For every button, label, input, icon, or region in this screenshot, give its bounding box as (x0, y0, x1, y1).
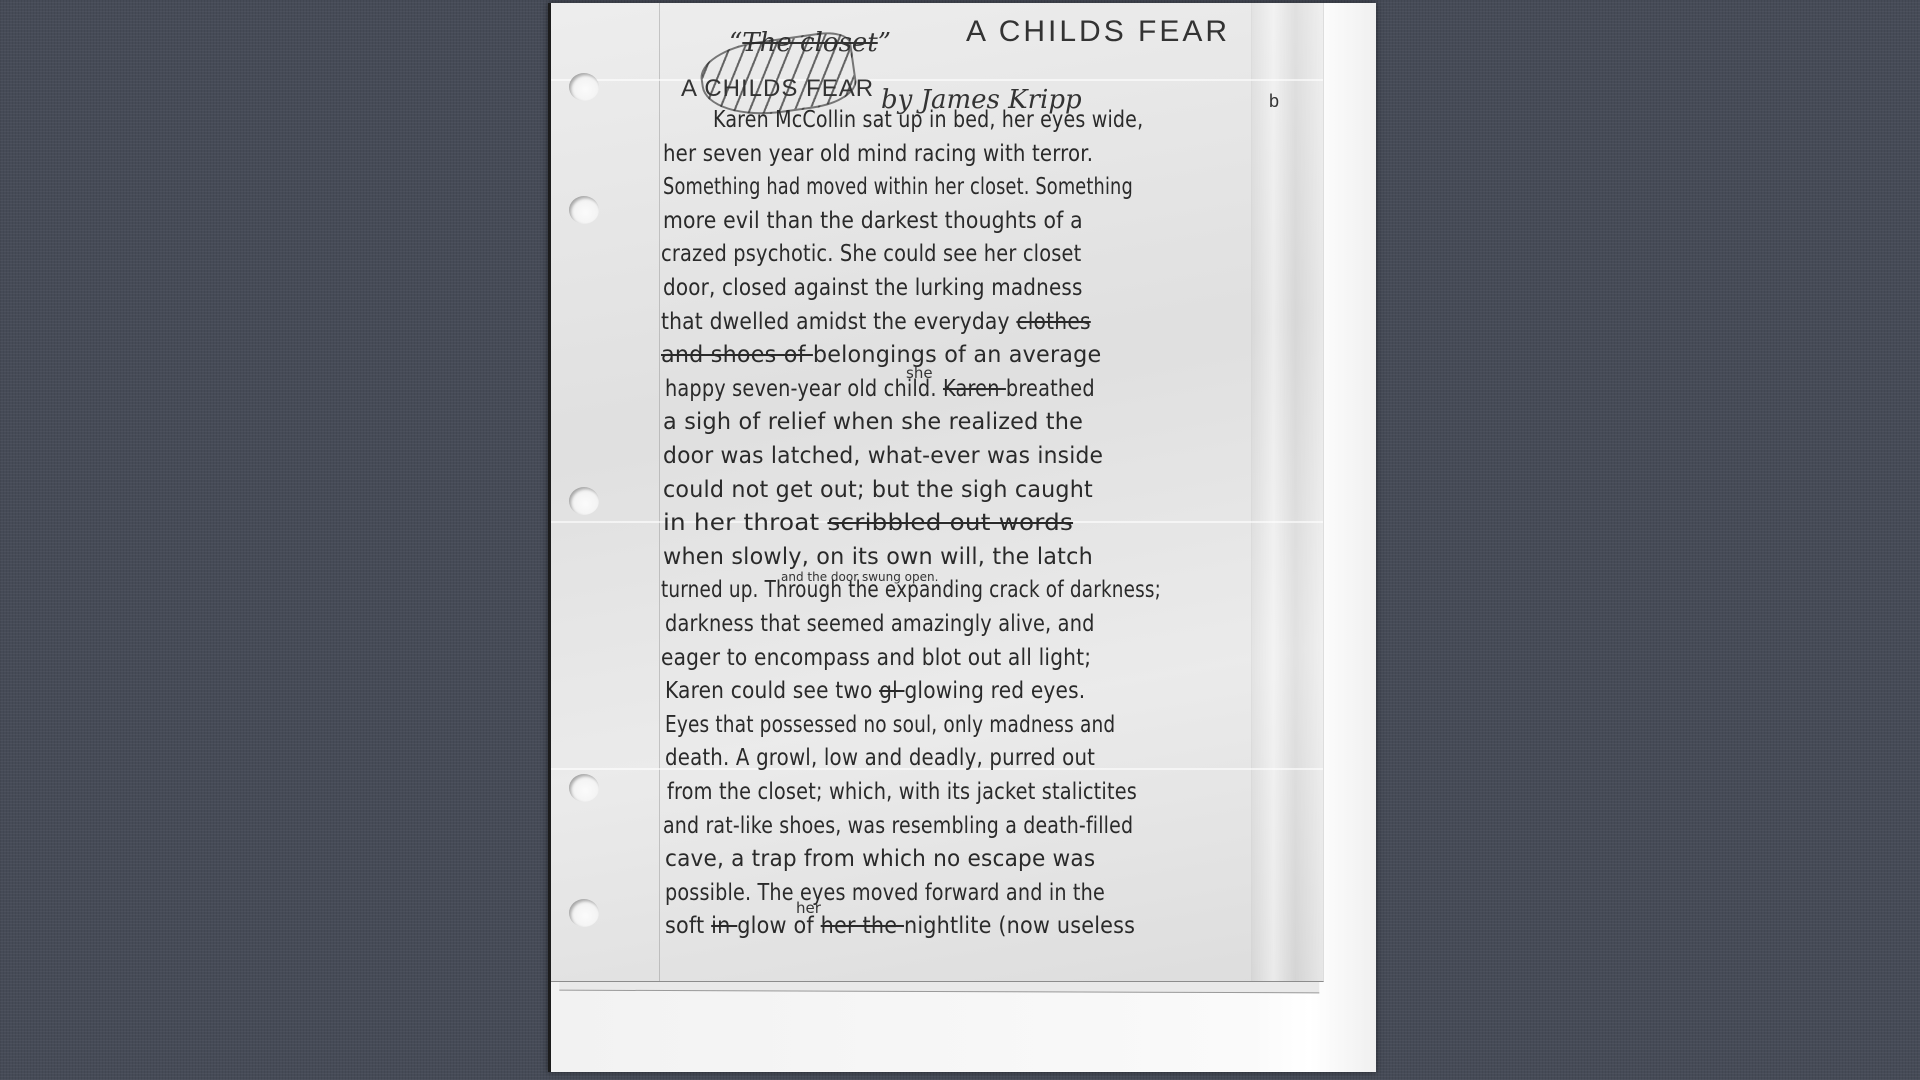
inserted-text: she (906, 364, 933, 382)
struck-text: Karen (943, 376, 1006, 402)
struck-text: in (711, 913, 737, 939)
line-text: soft (665, 913, 711, 939)
line-text: a sigh of relief when she realized the (663, 409, 1083, 435)
line-text: door, closed against the lurking madness (663, 275, 1083, 301)
line-text: eager to encompass and blot out all ligh… (661, 645, 1091, 671)
punch-hole (569, 196, 599, 224)
text-line: her seven year old mind racing with terr… (663, 141, 1093, 167)
punch-hole (569, 487, 599, 515)
text-line: and rat-like shoes, was resembling a dea… (663, 813, 1133, 839)
line-text: breathed (1006, 376, 1095, 402)
margin-line (659, 3, 660, 981)
line-text: that dwelled amidst the everyday (661, 309, 1016, 335)
text-line: when slowly, on its own will, the latch (663, 544, 1093, 570)
text-line: death. A growl, low and deadly, purred o… (665, 745, 1095, 771)
line-text: Karen McCollin sat up in bed, her eyes w… (713, 107, 1143, 133)
text-line: that dwelled amidst the everyday clothes (661, 309, 1091, 335)
punch-hole (569, 73, 599, 101)
paper-fold (1251, 3, 1324, 981)
text-line: a sigh of relief when she realized the (663, 409, 1083, 435)
line-text: her seven year old mind racing with terr… (663, 141, 1093, 167)
line-text: crazed psychotic. She could see her clos… (661, 241, 1081, 267)
line-text: death. A growl, low and deadly, purred o… (665, 745, 1095, 771)
text-line: Eyes that possessed no soul, only madnes… (665, 712, 1115, 738)
handwritten-page: “The closet” A CHILDS FEAR A CHILDS FEAR… (551, 3, 1324, 982)
line-text: nightlite (now useless (904, 913, 1135, 939)
struck-text: clothes (1016, 309, 1090, 335)
text-line: Something had moved within her closet. S… (663, 174, 1133, 200)
text-line: turned up. Through the expanding crack o… (661, 577, 1161, 603)
text-line: happy seven-year old child. Karen breath… (665, 376, 1095, 402)
line-text: cave, a trap from which no escape was (665, 846, 1095, 872)
text-line: door, closed against the lurking madness (663, 275, 1083, 301)
line-text: in her throat (663, 510, 827, 536)
text-line: from the closet; which, with its jacket … (667, 779, 1137, 805)
line-text: from the closet; which, with its jacket … (667, 779, 1137, 805)
line-text: more evil than the darkest thoughts of a (663, 208, 1083, 234)
page-mark: b (1269, 91, 1279, 112)
line-text: Something had moved within her closet. S… (663, 174, 1133, 200)
struck-text: and shoes of (661, 342, 813, 368)
text-line: Karen could see two gl glowing red eyes. (665, 678, 1085, 704)
line-text: Karen could see two (665, 678, 879, 704)
text-line: possible. The eyes moved forward and in … (665, 880, 1105, 906)
line-text: possible. The eyes moved forward and in … (665, 880, 1105, 906)
punch-hole (569, 774, 599, 802)
title-heading: A CHILDS FEAR (966, 15, 1230, 49)
paper-crease (551, 79, 1323, 81)
line-text: darkness that seemed amazingly alive, an… (665, 611, 1095, 637)
line-text: turned up. Through the expanding crack o… (661, 577, 1161, 603)
line-text: when slowly, on its own will, the latch (663, 544, 1093, 570)
text-line: Karen McCollin sat up in bed, her eyes w… (713, 107, 1143, 133)
text-line: crazed psychotic. She could see her clos… (661, 241, 1081, 267)
struck-text: scribbled out words (827, 510, 1073, 536)
inserted-title: A CHILDS FEAR (681, 75, 874, 103)
punch-hole (569, 899, 599, 927)
struck-text: gl (879, 678, 904, 704)
text-line: eager to encompass and blot out all ligh… (661, 645, 1091, 671)
text-line: darkness that seemed amazingly alive, an… (665, 611, 1095, 637)
text-line: more evil than the darkest thoughts of a (663, 208, 1083, 234)
text-line: soft in glow of her the nightlite (now u… (665, 913, 1135, 939)
document-viewer: “The closet” A CHILDS FEAR A CHILDS FEAR… (548, 3, 1376, 1072)
line-text: could not get out; but the sigh caught (663, 477, 1093, 503)
line-text: and rat-like shoes, was resembling a dea… (663, 813, 1133, 839)
line-text: glowing red eyes. (904, 678, 1085, 704)
text-line: and shoes of belongings of an average (661, 342, 1101, 368)
line-text: belongings of an average (813, 342, 1101, 368)
inserted-text: her (796, 899, 821, 917)
line-text: happy seven-year old child. (665, 376, 943, 402)
line-text: door was latched, what-ever was inside (663, 443, 1103, 469)
text-line: cave, a trap from which no escape was (665, 846, 1095, 872)
struck-text: her the (821, 913, 904, 939)
text-line: could not get out; but the sigh caught (663, 477, 1093, 503)
text-line: in her throat scribbled out words (663, 510, 1073, 536)
text-line: door was latched, what-ever was inside (663, 443, 1103, 469)
line-text: Eyes that possessed no soul, only madnes… (665, 712, 1115, 738)
